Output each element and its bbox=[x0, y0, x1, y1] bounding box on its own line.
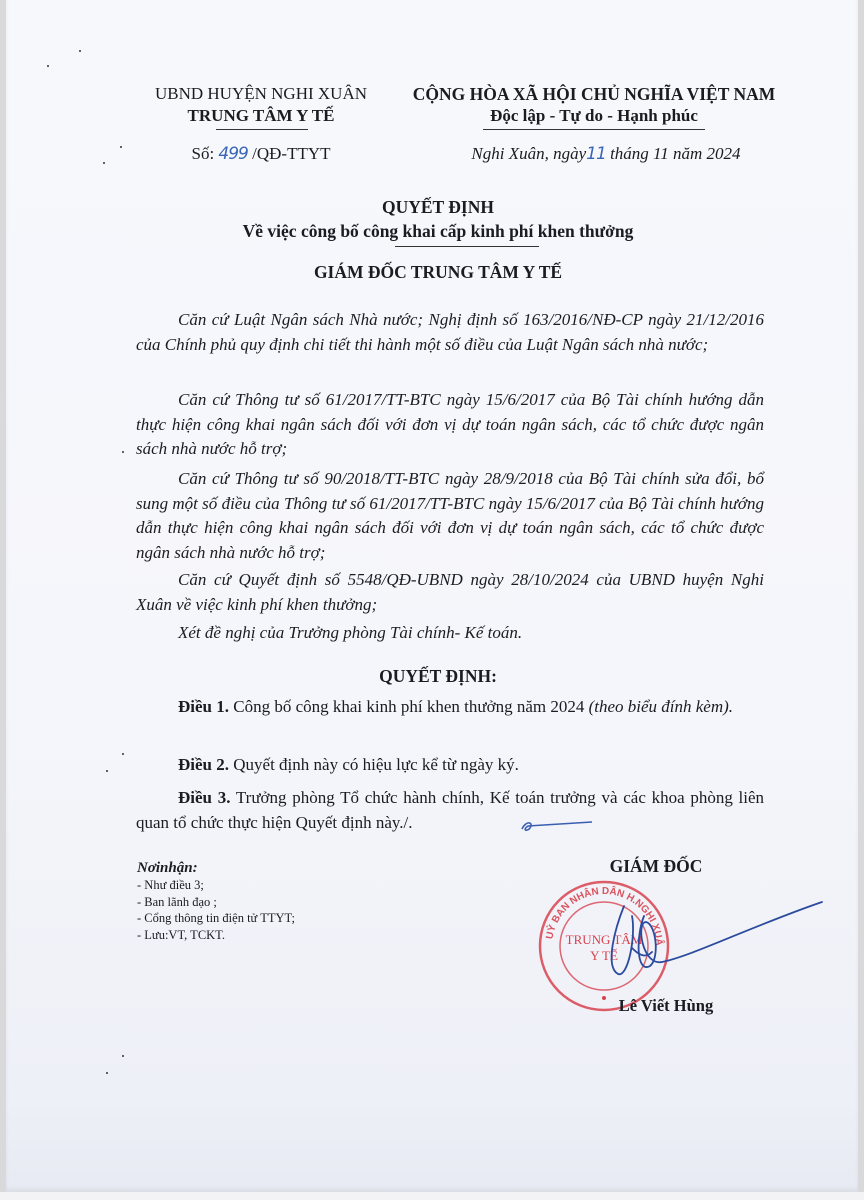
scan-speck bbox=[122, 451, 124, 453]
recipient-item: - Lưu:VT, TCKT. bbox=[137, 927, 397, 944]
article-2-label: Điều 2. bbox=[178, 755, 229, 774]
article-1-note: (theo biểu đính kèm). bbox=[589, 697, 733, 716]
scan-speck bbox=[120, 146, 122, 148]
scan-speck bbox=[103, 162, 105, 164]
document-number-suffix: /QĐ-TTYT bbox=[248, 144, 331, 163]
document-date: Nghi Xuân, ngày11 tháng 11 năm 2024 bbox=[426, 144, 786, 164]
scan-speck bbox=[122, 1055, 124, 1057]
header-right-underline bbox=[483, 129, 705, 130]
recipient-item: - Cổng thông tin điện tử TTYT; bbox=[137, 910, 397, 927]
national-title: CỘNG HÒA XÃ HỘI CHỦ NGHĨA VIỆT NAM bbox=[384, 84, 804, 105]
issuing-unit: TRUNG TÂM Y TẾ bbox=[136, 106, 386, 126]
date-suffix: tháng 11 năm 2024 bbox=[606, 144, 741, 163]
handwritten-number: 499 bbox=[218, 144, 247, 164]
official-stamp-and-signature: UỶ BAN NHÂN DÂN H.NGHI XUÂN - TỈNH TRUNG… bbox=[532, 876, 832, 1016]
scan-speck bbox=[79, 50, 81, 52]
document-number: Số: 499 /QĐ-TTYT bbox=[136, 144, 386, 164]
document-title: QUYẾT ĐỊNH bbox=[126, 197, 750, 218]
article-3: Điều 3. Trưởng phòng Tổ chức hành chính,… bbox=[136, 786, 764, 835]
stamp-icon: UỶ BAN NHÂN DÂN H.NGHI XUÂN - TỈNH TRUNG… bbox=[532, 876, 668, 1010]
article-2: Điều 2. Quyết định này có hiệu lực kể từ… bbox=[136, 753, 764, 778]
article-3-label: Điều 3. bbox=[178, 788, 230, 807]
initials-flourish bbox=[518, 816, 598, 834]
signer-position: GIÁM ĐỐC bbox=[546, 856, 766, 877]
recipients-title: Nơinhận: bbox=[137, 860, 397, 877]
recipient-item: - Như điều 3; bbox=[137, 877, 397, 894]
article-3-text: Trưởng phòng Tổ chức hành chính, Kế toán… bbox=[136, 788, 764, 832]
article-1-text: Công bố công khai kinh phí khen thưởng n… bbox=[229, 697, 589, 716]
signer-name: Lê Viết Hùng bbox=[566, 996, 766, 1016]
scan-speck bbox=[106, 770, 108, 772]
legal-basis-5: Xét đề nghị của Trưởng phòng Tài chính- … bbox=[136, 621, 764, 646]
scan-speck bbox=[47, 65, 49, 67]
document-subtitle: Về việc công bố công khai cấp kinh phí k… bbox=[126, 221, 750, 242]
recipients-block: Nơinhận: - Như điều 3; - Ban lãnh đạo ; … bbox=[137, 860, 397, 943]
document-number-prefix: Số: bbox=[191, 144, 218, 163]
legal-basis-2: Căn cứ Thông tư số 61/2017/TT-BTC ngày 1… bbox=[136, 388, 764, 462]
decision-heading: QUYẾT ĐỊNH: bbox=[126, 666, 750, 687]
header-left-underline bbox=[216, 129, 308, 130]
issuing-authority: UBND HUYỆN NGHI XUÂN bbox=[136, 84, 386, 104]
handwritten-day: 11 bbox=[586, 144, 606, 164]
national-motto: Độc lập - Tự do - Hạnh phúc bbox=[384, 106, 804, 126]
legal-basis-3: Căn cứ Thông tư số 90/2018/TT-BTC ngày 2… bbox=[136, 467, 764, 565]
article-1: Điều 1. Công bố công khai kinh phí khen … bbox=[136, 695, 764, 720]
legal-basis-1: Căn cứ Luật Ngân sách Nhà nước; Nghị địn… bbox=[136, 308, 764, 357]
scan-speck bbox=[106, 1072, 108, 1074]
date-prefix: Nghi Xuân, ngày bbox=[471, 144, 586, 163]
scan-speck bbox=[122, 753, 124, 755]
page-bottom-edge bbox=[0, 1192, 864, 1200]
svg-text:Y TẾ: Y TẾ bbox=[590, 948, 618, 963]
document-page: UBND HUYỆN NGHI XUÂN TRUNG TÂM Y TẾ CỘNG… bbox=[6, 0, 858, 1192]
recipient-item: - Ban lãnh đạo ; bbox=[137, 894, 397, 911]
article-1-label: Điều 1. bbox=[178, 697, 229, 716]
legal-basis-4: Căn cứ Quyết định số 5548/QĐ-UBND ngày 2… bbox=[136, 568, 764, 617]
article-2-text: Quyết định này có hiệu lực kể từ ngày ký… bbox=[229, 755, 519, 774]
authority-heading: GIÁM ĐỐC TRUNG TÂM Y TẾ bbox=[126, 262, 750, 283]
subtitle-underline bbox=[395, 246, 539, 247]
